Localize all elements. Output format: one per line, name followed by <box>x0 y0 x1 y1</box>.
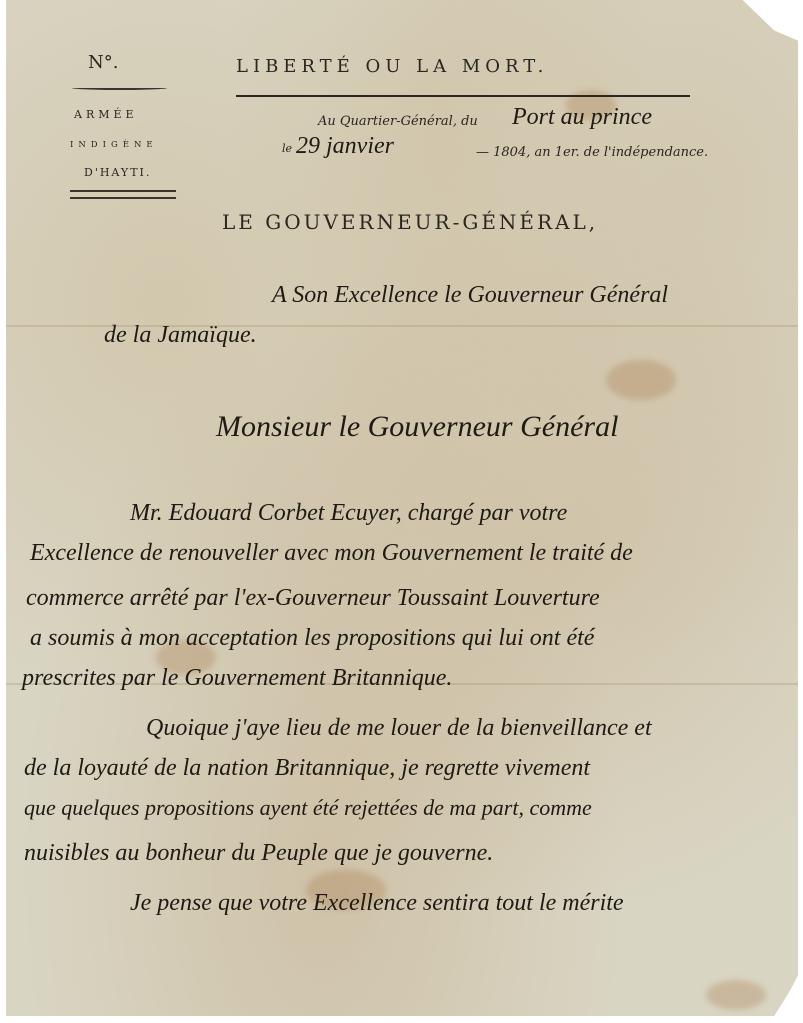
foxing-stain <box>606 360 676 400</box>
address-line-1: A Son Excellence le Gouverneur Général <box>272 282 668 309</box>
headquarters-prefix: Au Quartier-Général, du <box>318 114 478 129</box>
body-line: commerce arrêté par l'ex-Gouverneur Tous… <box>26 585 600 612</box>
body-line: Mr. Edouard Corbet Ecuyer, chargé par vo… <box>130 500 567 527</box>
address-line-2: de la Jamaïque. <box>104 322 257 349</box>
body-line: nuisibles au bonheur du Peuple que je go… <box>24 840 493 867</box>
motto: LIBERTÉ OU LA MORT. <box>236 56 548 77</box>
double-rule <box>70 190 176 199</box>
body-line: prescrites par le Gouvernement Britanniq… <box>22 665 452 692</box>
foxing-stain <box>706 980 766 1010</box>
motto-rule <box>236 95 690 97</box>
army-line-2: INDIGÈNE <box>70 140 158 150</box>
body-line: a soumis à mon acceptation les propositi… <box>30 625 594 652</box>
body-line: que quelques propositions ayent été reje… <box>24 795 592 821</box>
body-line: de la loyauté de la nation Britannique, … <box>24 755 590 782</box>
number-label: N°. <box>88 52 118 73</box>
headquarters-place: Port au prince <box>512 104 652 131</box>
salutation: Monsieur le Gouverneur Général <box>216 410 618 444</box>
date-prefix: le <box>282 142 292 155</box>
sender-title: LE GOUVERNEUR-GÉNÉRAL, <box>222 210 598 234</box>
body-line: Excellence de renouveller avec mon Gouve… <box>30 540 633 567</box>
army-line-3: D'HAYTI. <box>84 166 151 179</box>
date-handwritten: 29 janvier <box>296 133 394 160</box>
date-suffix: — 1804, an 1er. de l'indépendance. <box>476 145 708 160</box>
ornamental-rule <box>72 86 167 90</box>
body-line: Quoique j'aye lieu de me louer de la bie… <box>146 715 652 742</box>
body-line: Je pense que votre Excellence sentira to… <box>130 890 624 917</box>
army-line-1: ARMÉE <box>74 108 138 121</box>
